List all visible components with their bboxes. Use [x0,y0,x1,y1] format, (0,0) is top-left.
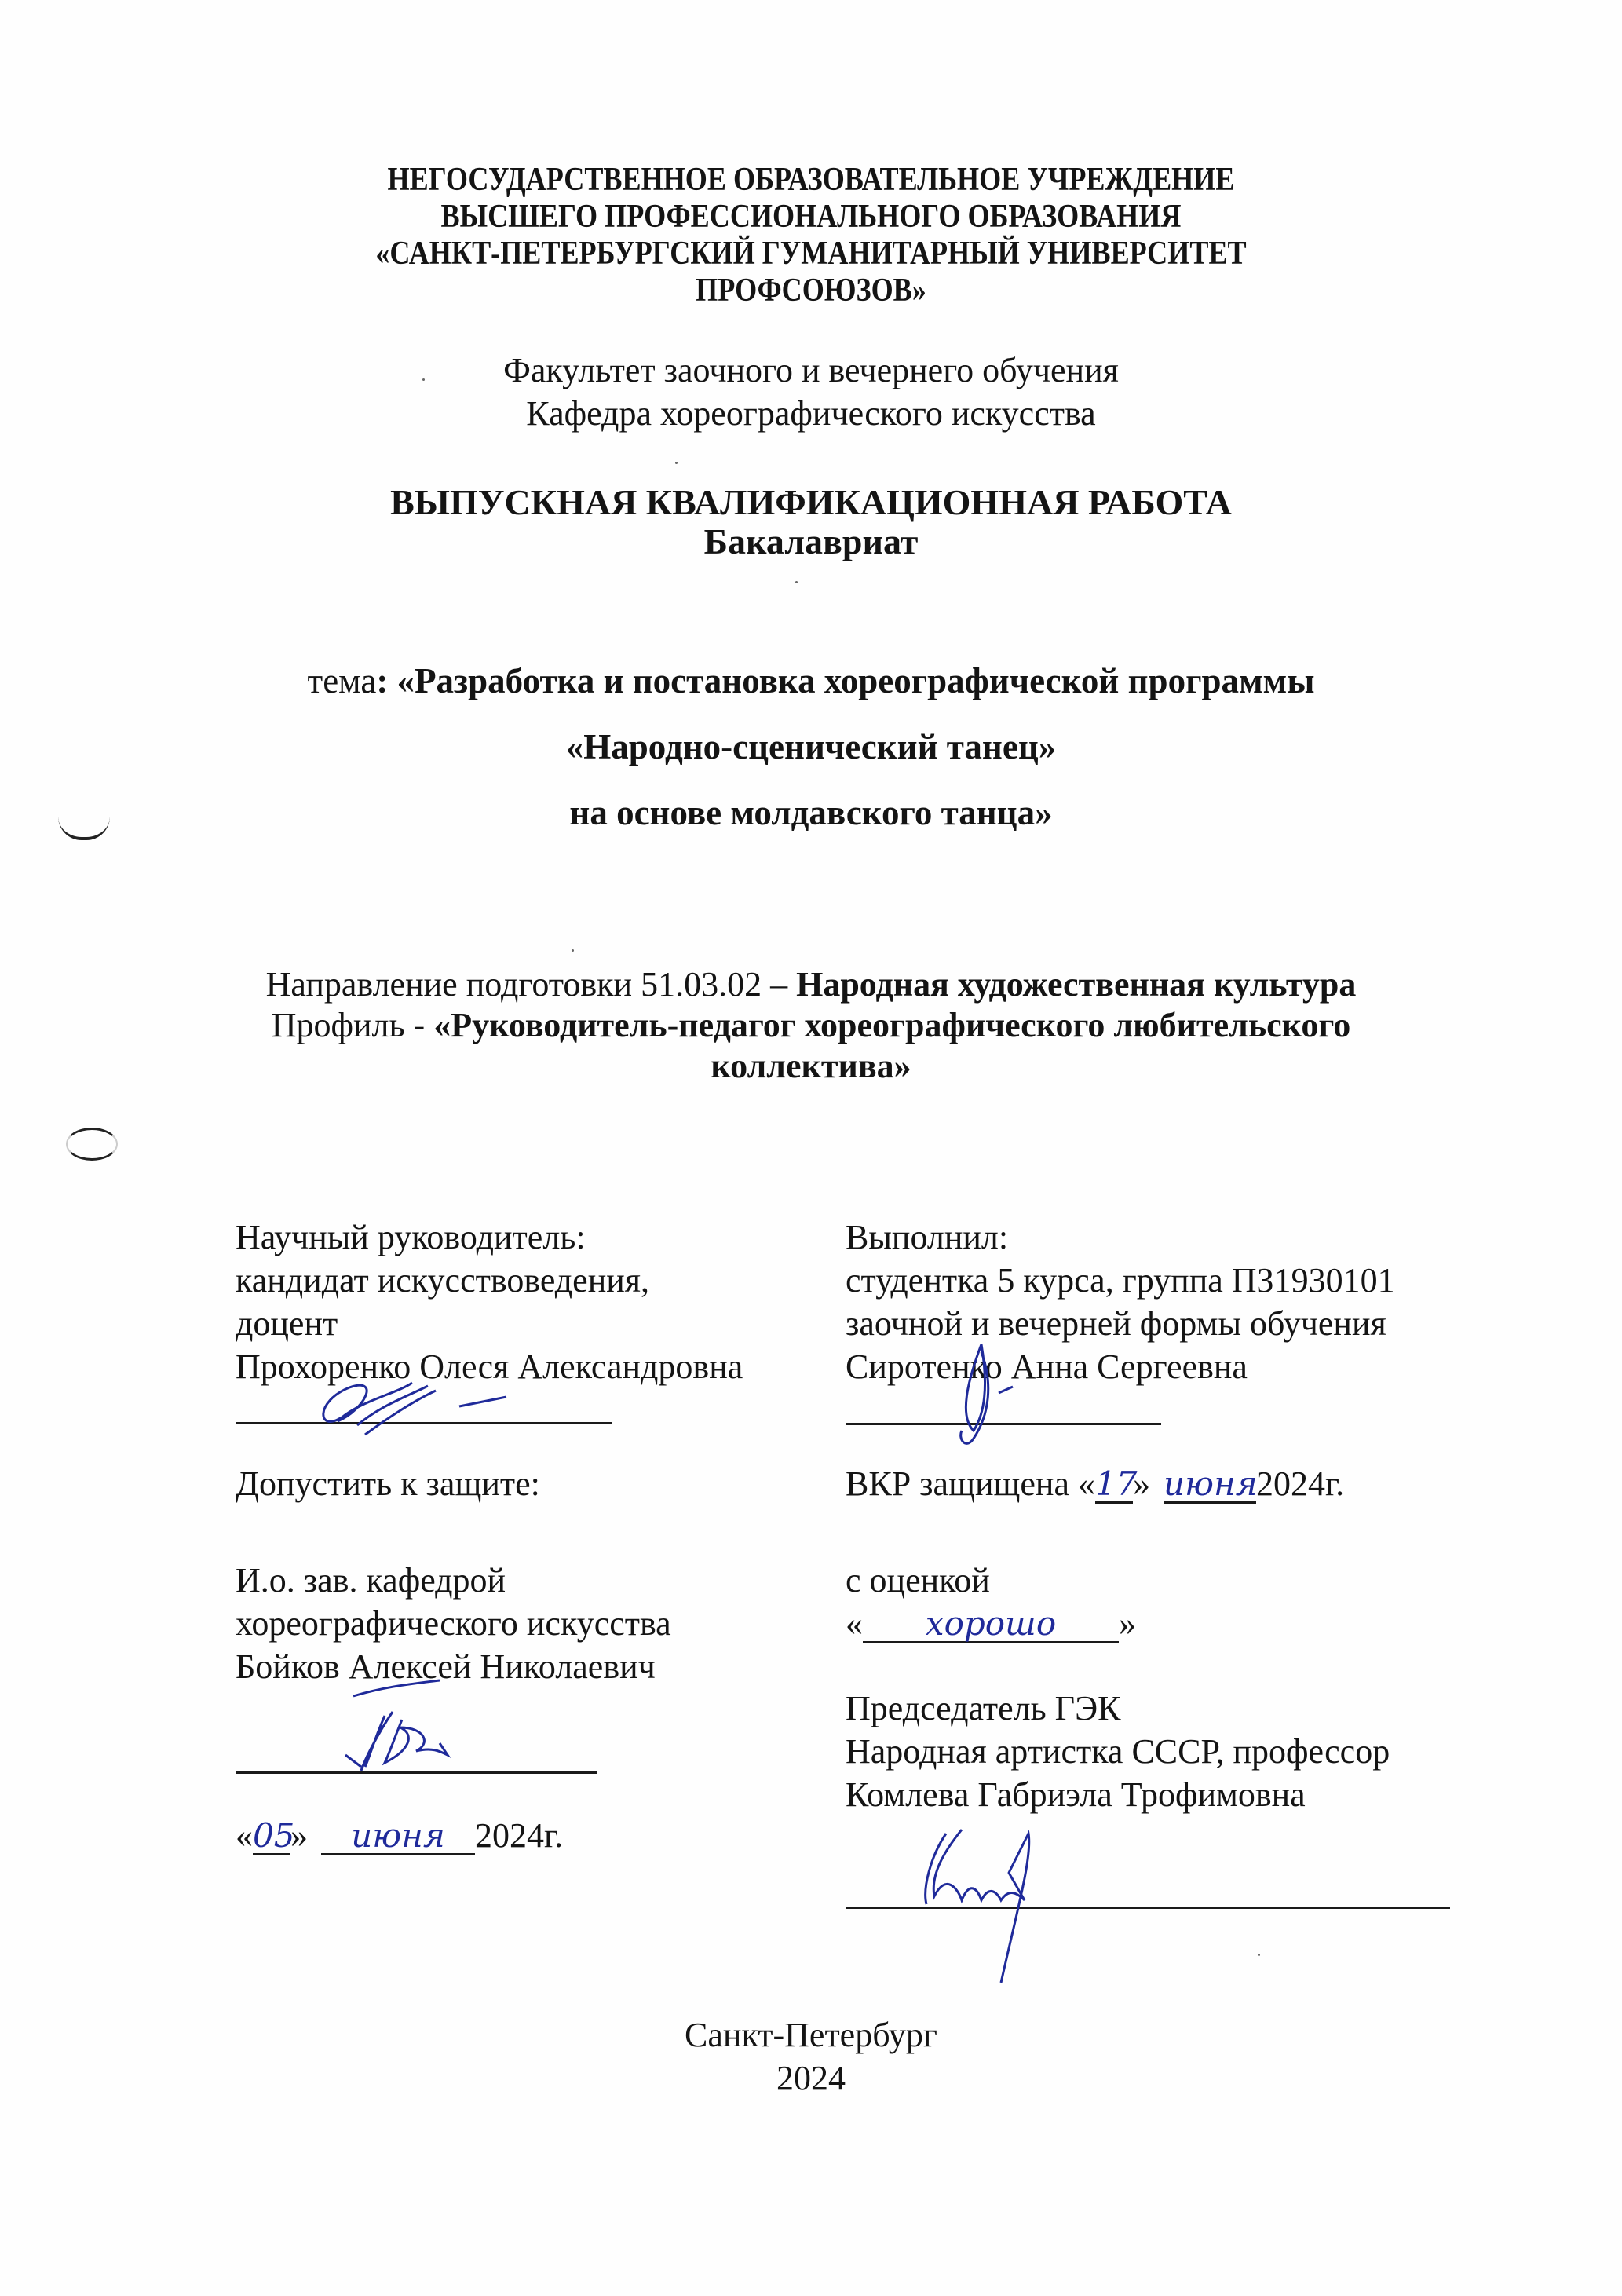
degree: Бакалавриат [0,521,1622,562]
supervisor-block: Научный руководитель: кандидат искусство… [236,1216,743,1388]
defense-year: 2024г. [1256,1464,1344,1503]
commission-chair-heading: Председатель ГЭК [846,1687,1390,1730]
grade-field[interactable]: хорошо [863,1607,1119,1643]
student-signature [950,1344,1036,1454]
admission-day-field[interactable]: 05 [253,1819,290,1855]
date-close-quote: » [290,1816,308,1855]
grade-line: «хорошо» [846,1602,1136,1645]
theme-line-1: тема: «Разработка и постановка хореограф… [0,661,1622,700]
hole-punch-mark-bottom [66,1128,118,1161]
student-block: Выполнил: студентка 5 курса, группа ПЗ19… [846,1216,1395,1388]
direction-label: Направление подготовки 51.03.02 – [266,965,788,1004]
work-type-block: ВЫПУСКНАЯ КВАЛИФИКАЦИОННАЯ РАБОТА Бакала… [0,482,1622,562]
admission-month: июня [351,1816,445,1855]
theme-colon: : [376,661,388,700]
date-open-quote: « [1078,1464,1095,1503]
header-line: ПРОФСОЮЗОВ» [114,272,1509,309]
supervisor-signature [310,1378,514,1441]
commission-chair-name: Комлева Габриэла Трофимовна [846,1773,1390,1816]
admission-role: И.о. зав. кафедрой [236,1559,671,1602]
year: 2024 [0,2057,1622,2100]
footer: Санкт-Петербург 2024 [0,2013,1622,2100]
grade-close-quote: » [1119,1604,1136,1643]
scanned-page: НЕГОСУДАРСТВЕННОЕ ОБРАЗОВАТЕЛЬНОЕ УЧРЕЖД… [0,0,1622,2296]
student-study-form: заочной и вечерней формы обучения [846,1302,1395,1345]
defense-day: 17 [1095,1464,1137,1503]
defense-month-field[interactable]: июня [1164,1467,1256,1504]
header-line: НЕГОСУДАРСТВЕННОЕ ОБРАЗОВАТЕЛЬНОЕ УЧРЕЖД… [114,162,1509,199]
direction-value: Народная художественная культура [796,965,1356,1004]
defense-label: ВКР защищена [846,1464,1069,1503]
date-open-quote: « [236,1816,253,1855]
scan-speck [1258,1954,1260,1956]
work-type: ВЫПУСКНАЯ КВАЛИФИКАЦИОННАЯ РАБОТА [0,482,1622,523]
profile-label: Профиль - [272,1006,426,1044]
theme-line-3: на основе молдавского танца» [0,793,1622,832]
student-heading: Выполнил: [846,1216,1395,1259]
admission-month-field[interactable]: июня [321,1819,475,1855]
faculty-block: Факультет заочного и вечернего обучения … [0,349,1622,435]
student-course-group: студентка 5 курса, группа ПЗ1930101 [846,1259,1395,1302]
admission-year: 2024г. [475,1816,563,1855]
grade-open-quote: « [846,1604,863,1643]
defense-day-field[interactable]: 17 [1095,1467,1133,1504]
profile-value-continued: коллектива» [0,1046,1622,1087]
supervisor-title: кандидат искусствоведения, [236,1259,743,1302]
defense-date-line: ВКР защищена «17» июня2024г. [846,1462,1344,1505]
commission-chair-signature [915,1826,1087,1998]
date-close-quote: » [1133,1464,1150,1503]
grade-value: хорошо [926,1604,1056,1643]
defense-month: июня [1164,1464,1258,1503]
department-name: Кафедра хореографического искусства [0,392,1622,435]
admission-date: «05» июня2024г. [236,1814,563,1857]
faculty-name: Факультет заочного и вечернего обучения [0,349,1622,392]
admission-heading: Допустить к защите: [236,1462,540,1505]
student-name: Сиротенко Анна Сергеевна [846,1345,1395,1388]
admission-signature [330,1680,471,1775]
institution-header: НЕГОСУДАРСТВЕННОЕ ОБРАЗОВАТЕЛЬНОЕ УЧРЕЖД… [114,162,1509,309]
scan-speck [675,462,678,464]
profile-line: Профиль - «Руководитель-педагог хореогра… [0,1005,1622,1046]
supervisor-title-2: доцент [236,1302,743,1345]
grade-label: с оценкой [846,1559,990,1602]
commission-chair-block: Председатель ГЭК Народная артистка СССР,… [846,1687,1390,1816]
admission-block: И.о. зав. кафедрой хореографического иск… [236,1559,671,1688]
direction-line: Направление подготовки 51.03.02 – Народн… [0,964,1622,1005]
theme-line-2: «Народно-сценический танец» [0,727,1622,766]
city: Санкт-Петербург [0,2013,1622,2057]
admission-day: 05 [253,1816,294,1855]
profile-value: «Руководитель-педагог хореографического … [433,1006,1350,1044]
scan-speck [572,949,574,952]
admission-role-2: хореографического искусства [236,1602,671,1645]
theme-text: «Разработка и постановка хореографическо… [397,661,1315,700]
supervisor-heading: Научный руководитель: [236,1216,743,1259]
header-line: ВЫСШЕГО ПРОФЕССИОНАЛЬНОГО ОБРАЗОВАНИЯ [114,199,1509,236]
theme-prefix: тема [308,661,377,700]
header-line: «САНКТ-ПЕТЕРБУРГСКИЙ ГУМАНИТАРНЫЙ УНИВЕР… [114,236,1509,272]
commission-chair-title: Народная артистка СССР, профессор [846,1730,1390,1773]
scan-speck [795,581,798,583]
